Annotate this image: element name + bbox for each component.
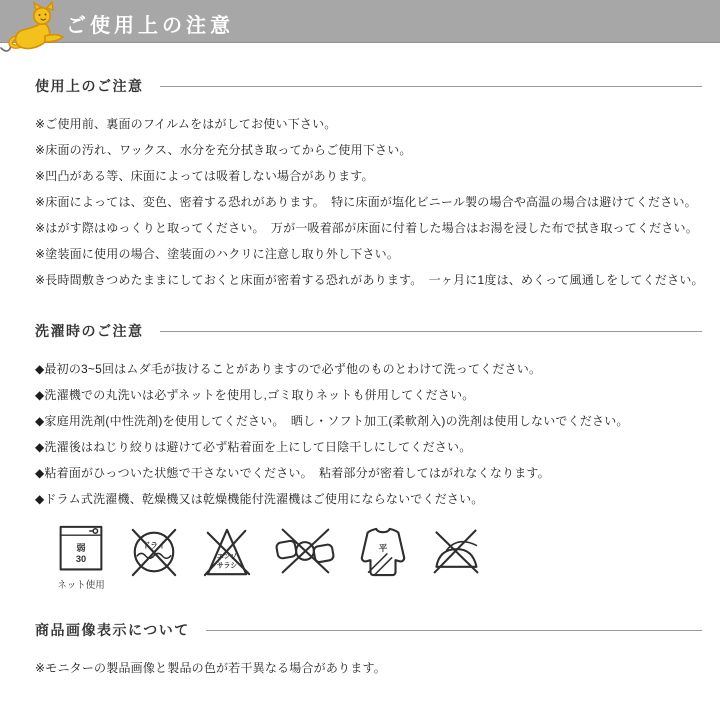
notes-list: ※モニターの製品画像と製品の色が若干異なる場合があります。 bbox=[35, 661, 706, 675]
note-line: ◆洗濯後はねじり絞りは避けて必ず粘着面を上にして日陰干しにしてください。 bbox=[35, 440, 706, 454]
section-divider bbox=[206, 630, 702, 631]
care-instructions-page: ご使用上の注意 使用上のご注意 ※ご使用前、裏面のフイルムをはがしてお使い下さ bbox=[0, 0, 720, 720]
page-title: ご使用上の注意 bbox=[66, 9, 234, 38]
section-usage-precautions: 使用上のご注意 ※ご使用前、裏面のフイルムをはがしてお使い下さい。 ※床面の汚れ… bbox=[35, 76, 706, 287]
note-line: ◆家庭用洗剤(中性洗剤)を使用してください。 晒し・ソフト加工(柔軟剤入)の洗剤… bbox=[35, 414, 706, 428]
note-line: ※長時間敷きつめたままにしておくと床面が密着する恐れがあります。 一ヶ月に1度は… bbox=[35, 273, 706, 287]
no-dry-clean-icon: ドライ bbox=[126, 524, 182, 580]
section-divider bbox=[160, 331, 703, 332]
svg-text:30: 30 bbox=[76, 554, 86, 564]
cat-mascot-icon bbox=[0, 1, 72, 57]
svg-text:サラシ: サラシ bbox=[217, 560, 237, 569]
note-line: ※床面によっては、変色、密着する恐れがあります。 特に床面が塩化ビニール製の場合… bbox=[35, 195, 706, 209]
note-line: ※塗装面に使用の場合、塗装面のハクリに注意し取り外し下さい。 bbox=[35, 247, 706, 261]
page-header: ご使用上の注意 bbox=[0, 0, 720, 43]
flat-dry-in-shade-icon: 平 bbox=[355, 524, 411, 580]
section-title: 商品画像表示について bbox=[35, 620, 190, 640]
no-chlorine-bleach-icon: エンソ サラシ bbox=[199, 524, 255, 580]
section-header: 洗濯時のご注意 bbox=[35, 321, 706, 341]
section-title: 洗濯時のご注意 bbox=[35, 321, 144, 341]
section-header: 商品画像表示について bbox=[35, 620, 706, 640]
notes-list: ◆最初の3~5回はムダ毛が抜けることがありますので必ず他のものとわけて洗ってくだ… bbox=[35, 362, 706, 506]
note-line: ◆ドラム式洗濯機、乾燥機又は乾燥機能付洗濯機はご使用にならないでください。 bbox=[35, 492, 706, 506]
note-line: ※床面の汚れ、ワックス、水分を充分拭き取ってからご使用下さい。 bbox=[35, 143, 706, 157]
note-line: ※ご使用前、裏面のフイルムをはがしてお使い下さい。 bbox=[35, 117, 706, 131]
note-line: ※はがす際はゆっくりと取ってください。 万が一吸着部が床面に付着した場合はお湯を… bbox=[35, 221, 706, 235]
section-title: 使用上のご注意 bbox=[35, 76, 144, 96]
do-not-wring-icon bbox=[272, 524, 338, 578]
section-header: 使用上のご注意 bbox=[35, 76, 706, 96]
section-product-image-display: 商品画像表示について ※モニターの製品画像と製品の色が若干異なる場合があります。 bbox=[35, 620, 706, 675]
note-line: ※モニターの製品画像と製品の色が若干異なる場合があります。 bbox=[35, 661, 706, 675]
note-line: ※凹凸がある等、床面によっては吸着しない場合があります。 bbox=[35, 169, 706, 183]
do-not-iron-icon bbox=[428, 524, 484, 578]
note-line: ◆最初の3~5回はムダ毛が抜けることがありますので必ず他のものとわけて洗ってくだ… bbox=[35, 362, 706, 376]
wash-icon-caption: ネット使用 bbox=[57, 577, 105, 591]
svg-text:平: 平 bbox=[379, 542, 388, 553]
notes-list: ※ご使用前、裏面のフイルムをはがしてお使い下さい。 ※床面の汚れ、ワックス、水分… bbox=[35, 117, 706, 287]
machine-wash-30-gentle-icon: 弱 30 ネット使用 bbox=[53, 524, 109, 591]
note-line: ◆洗濯機での丸洗いは必ずネットを使用し,ゴミ取りネットも併用してください。 bbox=[35, 388, 706, 402]
note-line: ◆粘着面がひっついた状態で干さないでください。 粘着部分が密着してはがれなくなり… bbox=[35, 466, 706, 480]
section-divider bbox=[160, 86, 703, 87]
content-area: 使用上のご注意 ※ご使用前、裏面のフイルムをはがしてお使い下さい。 ※床面の汚れ… bbox=[0, 42, 720, 687]
svg-text:弱: 弱 bbox=[76, 542, 86, 553]
laundry-symbols-row: 弱 30 ネット使用 ドライ bbox=[53, 524, 706, 590]
section-washing-precautions: 洗濯時のご注意 ◆最初の3~5回はムダ毛が抜けることがありますので必ず他のものと… bbox=[35, 321, 706, 590]
